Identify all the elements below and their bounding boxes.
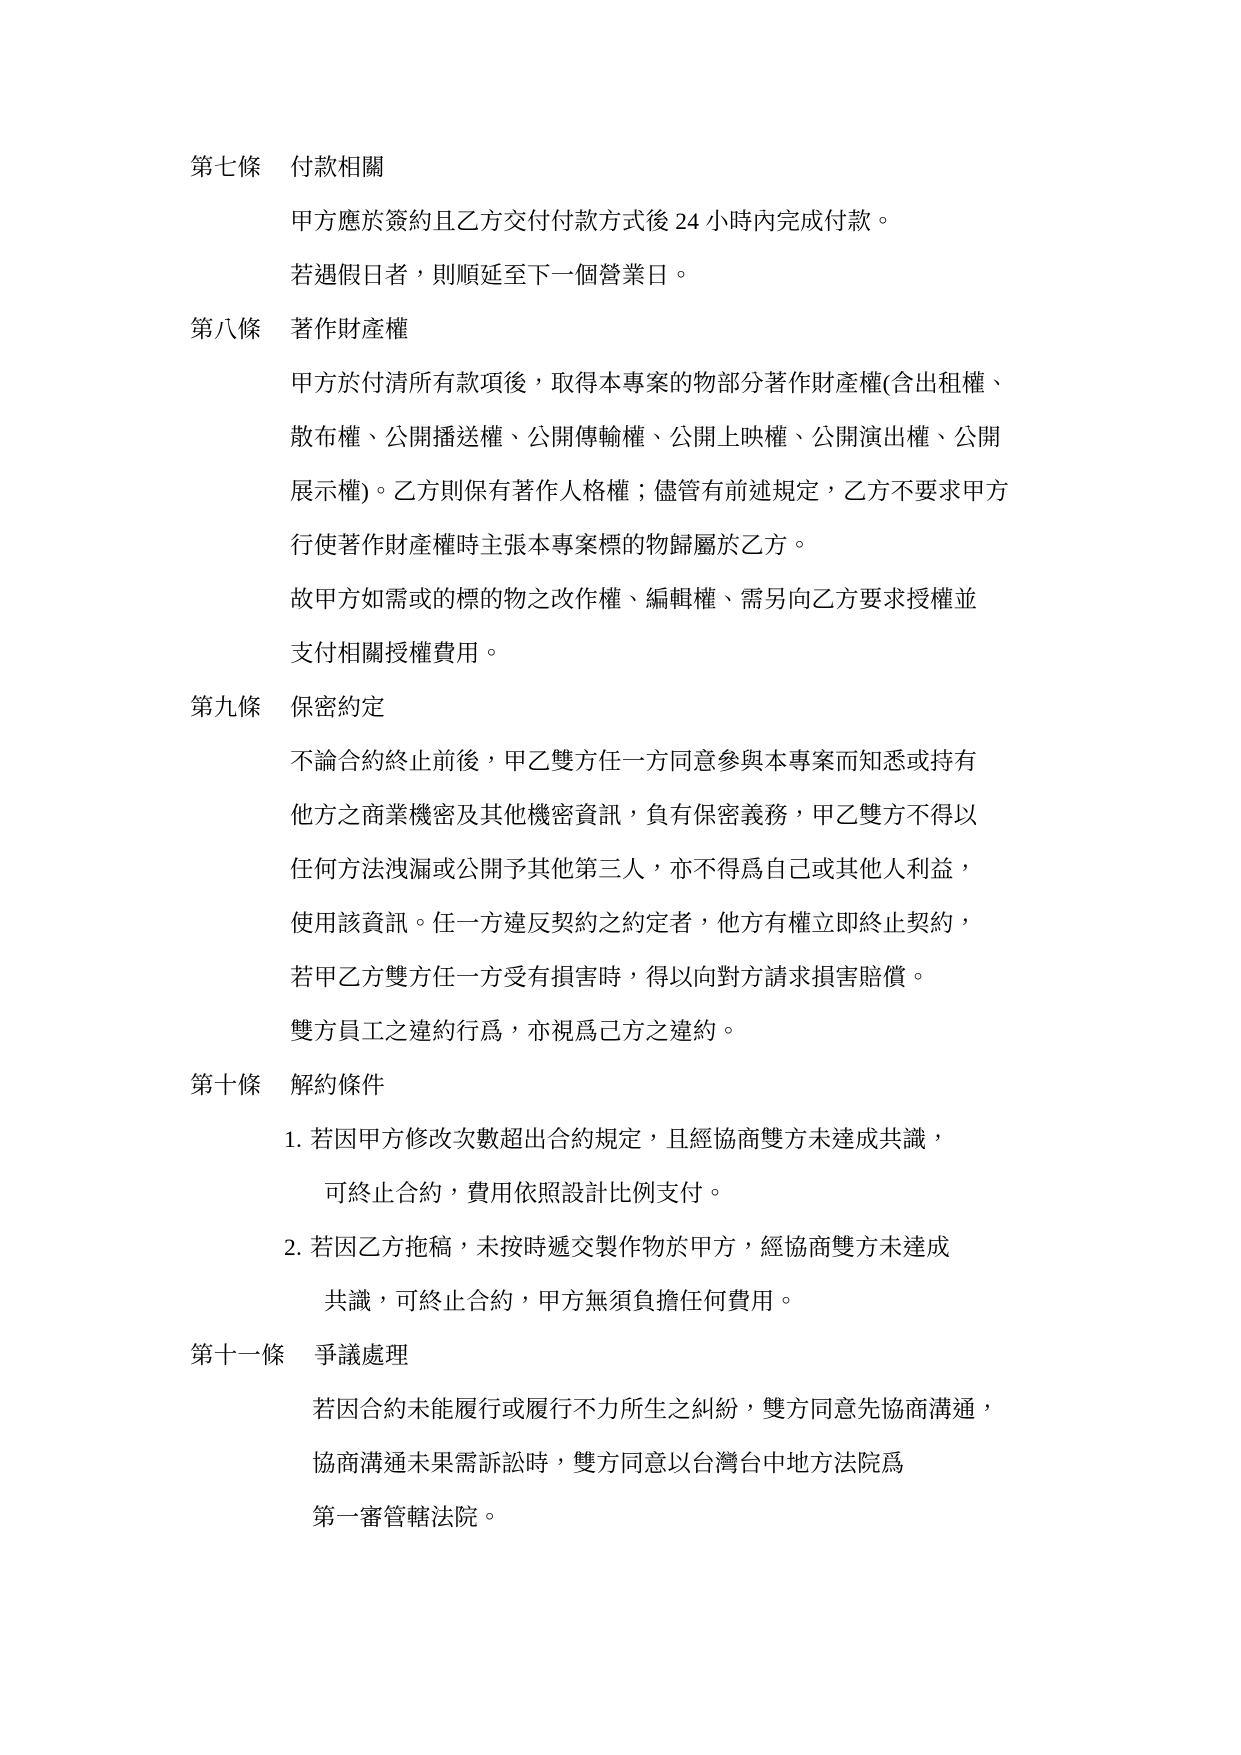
article-title: 保密約定 bbox=[290, 695, 385, 721]
contract-line: 若因合約未能履行或履行不力所生之糾紛，雙方同意先協商溝通， bbox=[0, 1383, 1241, 1437]
contract-line: 散布權、公開播送權、公開傳輸權、公開上映權、公開演出權、公開 bbox=[0, 411, 1241, 465]
contract-line: 行使著作財產權時主張本專案標的物歸屬於乙方。 bbox=[0, 519, 1241, 573]
contract-line: 不論合約終止前後，甲乙雙方任一方同意參與本專案而知悉或持有 bbox=[0, 735, 1241, 789]
article-title: 付款相關 bbox=[290, 155, 385, 181]
document-page: 第七條付款相關 甲方應於簽約且乙方交付付款方式後 24 小時內完成付款。 若遇假… bbox=[0, 0, 1241, 1755]
list-item-continuation: 共識，可終止合約，甲方無須負擔任何費用。 bbox=[0, 1275, 1241, 1329]
list-item: 2.若因乙方拖稿，未按時遞交製作物於甲方，經協商雙方未達成 bbox=[0, 1221, 1241, 1275]
contract-line: 他方之商業機密及其他機密資訊，負有保密義務，甲乙雙方不得以 bbox=[0, 789, 1241, 843]
list-item: 1.若因甲方修改次數超出合約規定，且經協商雙方未達成共識， bbox=[0, 1113, 1241, 1167]
article-number: 第七條 bbox=[190, 155, 261, 181]
article-number: 第八條 bbox=[190, 317, 261, 343]
article-title: 爭議處理 bbox=[314, 1343, 409, 1369]
article-number: 第十條 bbox=[190, 1073, 261, 1099]
contract-line: 協商溝通未果需訴訟時，雙方同意以台灣台中地方法院爲 bbox=[0, 1437, 1241, 1491]
contract-line: 雙方員工之違約行爲，亦視爲己方之違約。 bbox=[0, 1005, 1241, 1059]
contract-text-block: 第七條付款相關 甲方應於簽約且乙方交付付款方式後 24 小時內完成付款。 若遇假… bbox=[0, 141, 1241, 1545]
list-item-text: 若因乙方拖稿，未按時遞交製作物於甲方，經協商雙方未達成 bbox=[310, 1235, 950, 1261]
list-item-continuation: 可終止合約，費用依照設計比例支付。 bbox=[0, 1167, 1241, 1221]
article-number: 第十一條 bbox=[190, 1343, 285, 1369]
contract-line: 任何方法洩漏或公開予其他第三人，亦不得爲自己或其他人利益， bbox=[0, 843, 1241, 897]
contract-line: 甲方於付清所有款項後，取得本專案的物部分著作財產權(含出租權、 bbox=[0, 357, 1241, 411]
list-item-text: 若因甲方修改次數超出合約規定，且經協商雙方未達成共識， bbox=[310, 1127, 950, 1153]
contract-line: 若甲乙方雙方任一方受有損害時，得以向對方請求損害賠償。 bbox=[0, 951, 1241, 1005]
contract-line: 若遇假日者，則順延至下一個營業日。 bbox=[0, 249, 1241, 303]
article-heading: 第八條著作財產權 bbox=[0, 303, 1241, 357]
contract-line: 故甲方如需或的標的物之改作權、編輯權、需另向乙方要求授權並 bbox=[0, 573, 1241, 627]
article-heading: 第九條保密約定 bbox=[0, 681, 1241, 735]
article-heading: 第十條解約條件 bbox=[0, 1059, 1241, 1113]
article-title: 著作財產權 bbox=[290, 317, 409, 343]
article-heading: 第七條付款相關 bbox=[0, 141, 1241, 195]
contract-line: 展示權)。乙方則保有著作人格權；儘管有前述規定，乙方不要求甲方 bbox=[0, 465, 1241, 519]
list-item-number: 2. bbox=[284, 1221, 310, 1275]
contract-line: 甲方應於簽約且乙方交付付款方式後 24 小時內完成付款。 bbox=[0, 195, 1241, 249]
contract-line: 支付相關授權費用。 bbox=[0, 627, 1241, 681]
contract-line: 使用該資訊。任一方違反契約之約定者，他方有權立即終止契約， bbox=[0, 897, 1241, 951]
contract-line: 第一審管轄法院。 bbox=[0, 1491, 1241, 1545]
article-heading: 第十一條爭議處理 bbox=[0, 1329, 1241, 1383]
list-item-number: 1. bbox=[284, 1113, 310, 1167]
article-title: 解約條件 bbox=[290, 1073, 385, 1099]
article-number: 第九條 bbox=[190, 695, 261, 721]
